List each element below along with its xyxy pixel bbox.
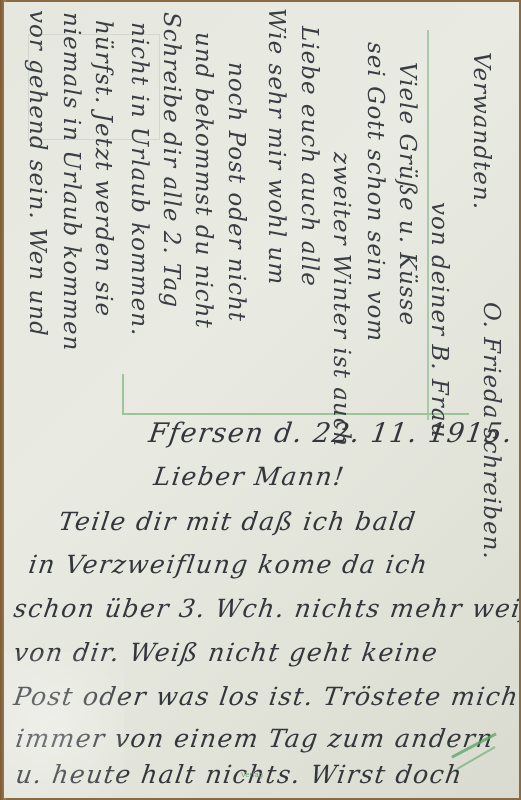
rotated-line: noch Post oder nicht [223,62,249,322]
rotated-line: Wie sehr mir wohl um [263,8,289,285]
body-line: in Verzweiflung kome da ich [27,550,430,579]
rotated-line: Verwandten. [468,52,494,210]
rotated-line: Schreibe dir alle 2. Tag [158,12,184,308]
light-glare [4,652,124,798]
rotated-line: vor gehend sein. Wen und [24,10,50,337]
rotated-line: hürfst. Jetzt werden sie [90,20,116,317]
rotated-line: und bekommst du nicht [190,32,216,329]
printed-publisher-mark: Verlag [241,771,263,779]
rotated-line: nicht in Urlaub kommen. [126,22,152,336]
rotated-line: niemals in Urlaub kommen [58,12,84,351]
body-line: schon über 3. Wch. nichts mehr weiß [12,594,519,623]
rotated-line: von deiner B. Frau [426,202,452,438]
rotated-text-section: vor gehend sein. Wen und niemals in Urla… [4,2,519,422]
date-line: Ffersen d. 22. 11. 1915. [147,418,516,449]
salutation: Lieber Mann! [152,462,347,491]
rotated-line: Liebe euch auch alle [296,26,322,287]
body-line: Teile dir mit daß ich bald [57,507,418,536]
rotated-line: zweiter Winter ist auch [328,152,354,447]
rotated-line: Viele Grüße u. Küsse [394,62,420,326]
postcard: vor gehend sein. Wen und niemals in Urla… [4,2,519,798]
rotated-line: sei Gott schon sein vom [362,42,388,342]
